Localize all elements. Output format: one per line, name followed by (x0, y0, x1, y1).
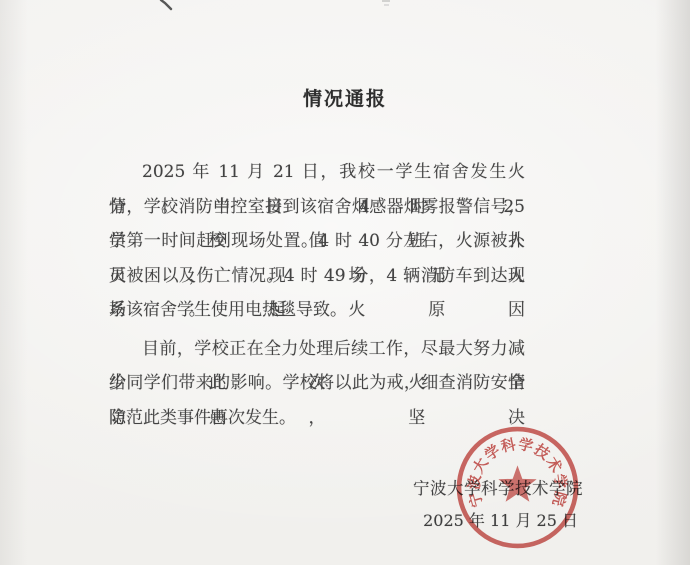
paragraph-2: 目前，学校正在全力处理后续工作，尽最大努力减少此次火情 给同学们带来的影响。学校… (109, 332, 525, 436)
pen-stroke-mark (159, 0, 175, 11)
text-line: 员第一时间赶到现场处置。4 时 40 分左右，火源被扑灭，现场无人 (109, 224, 525, 259)
notice-document-page: 情况通报 2025 年 11 月 21 日，我校一学生宿舍发生火情。当日 4 时… (0, 0, 690, 565)
official-seal: 宁波大学科学技术学院 (453, 422, 582, 553)
text-line: 2025 年 11 月 21 日，我校一学生宿舍发生火情。当日 4 时 25 (109, 155, 525, 190)
text-line: 员被困以及伤亡情况。4 时 49 分，4 辆消防车到达现场。起火原因 (109, 259, 525, 294)
text-line: 分，学校消防中控室接到该宿舍烟感器烟雾报警信号，学校值班人 (109, 190, 525, 225)
text-line: 给同学们带来的影响。学校将以此为戒，细查消防安全隐患，坚决 (109, 366, 525, 401)
paragraph-1: 2025 年 11 月 21 日，我校一学生宿舍发生火情。当日 4 时 25 分… (109, 155, 525, 328)
document-title: 情况通报 (0, 84, 690, 111)
seal-star-icon (498, 465, 536, 501)
document-body: 2025 年 11 月 21 日，我校一学生宿舍发生火情。当日 4 时 25 分… (109, 155, 525, 435)
text-line: 目前，学校正在全力处理后续工作，尽最大努力减少此次火情 (109, 332, 525, 367)
smudge-mark (380, 0, 392, 7)
